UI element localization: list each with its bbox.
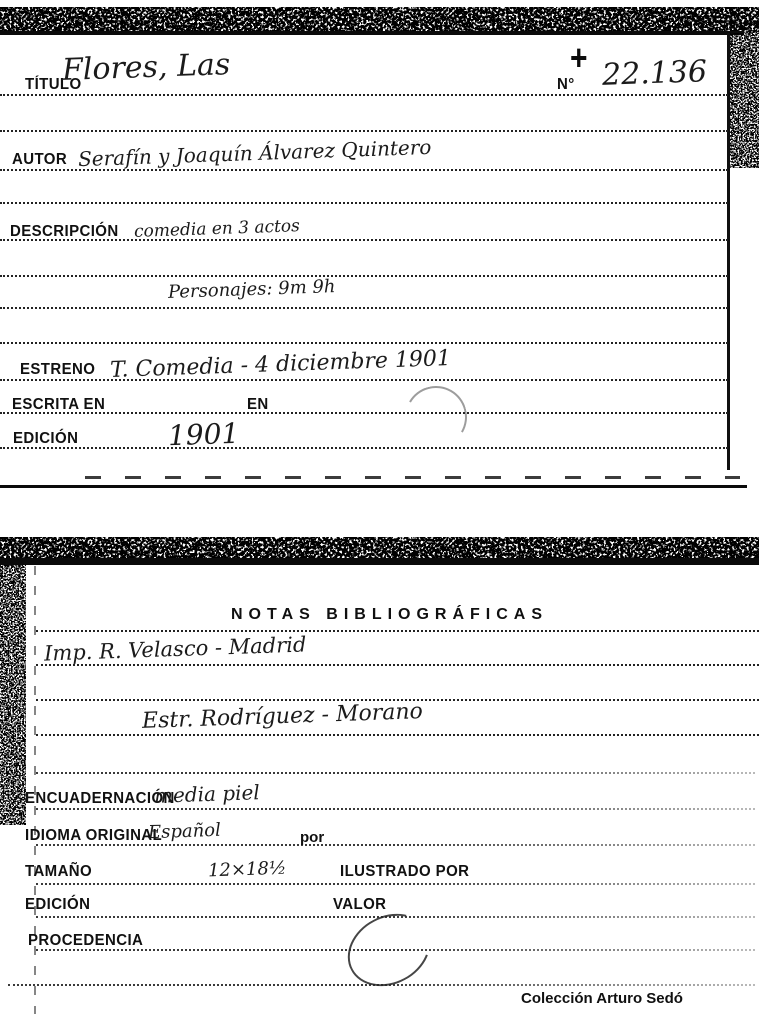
scan-noise-left-margin [0, 565, 26, 825]
procedencia-label: PROCEDENCIA [28, 932, 143, 950]
autor-value: Serafín y Joaquín Álvarez Quintero [78, 135, 432, 171]
por-label: por [300, 829, 324, 846]
encuadernacion-value: media piel [154, 780, 260, 808]
estreno-value: T. Comedia - 4 diciembre 1901 [110, 346, 452, 383]
ruled-line [36, 883, 755, 885]
card-front-top-edge [0, 31, 744, 35]
personajes-note: Personajes: 9m 9h [168, 276, 336, 303]
idioma-original-value: Español [148, 820, 222, 844]
estreno-label: ESTRENO [20, 361, 95, 379]
ilustrado-por-label: ILUSTRADO POR [340, 863, 469, 881]
encuadernacion-label: ENCUADERNACIÓN [25, 790, 175, 808]
titulo-value: Flores, Las [61, 47, 230, 88]
ruled-line [36, 808, 755, 810]
estreno-note: Estr. Rodríguez - Morano [142, 699, 424, 734]
tamano-value: 12×18½ [208, 858, 287, 882]
scan-noise-right-margin [730, 33, 759, 168]
imprenta-note: Imp. R. Velasco - Madrid [44, 632, 307, 665]
ruled-line [36, 734, 759, 736]
ruled-line [36, 664, 759, 666]
card-front-bottom-edge [0, 485, 747, 488]
scan-noise-band-top [0, 7, 759, 33]
edicion-value: 1901 [167, 417, 239, 452]
edicion-back-label: EDICIÓN [25, 896, 90, 914]
ruled-line [36, 772, 755, 774]
ruled-line [0, 94, 728, 96]
collection-credit: Colección Arturo Sedó [521, 990, 683, 1007]
stamp-circle-faint [398, 379, 474, 455]
descripcion-label: DESCRIPCIÓN [10, 223, 119, 241]
ruled-line [0, 307, 728, 309]
cross-mark: + [570, 39, 588, 80]
ruled-line [0, 412, 728, 414]
ruled-line [0, 447, 728, 449]
edicion-label: EDICIÓN [13, 430, 78, 448]
card-number-label: N° [557, 76, 575, 94]
card-front-bottom-dashes [85, 476, 740, 479]
tamano-label: TAMAÑO [25, 863, 92, 881]
autor-label: AUTOR [12, 151, 67, 169]
en-label: EN [247, 396, 269, 414]
ruled-line [0, 379, 728, 381]
card-number-value: 22.136 [601, 54, 707, 93]
valor-label: VALOR [333, 896, 386, 914]
ruled-line [0, 342, 728, 344]
ruled-line [0, 202, 728, 204]
ruled-line [0, 275, 728, 277]
ruled-line [0, 130, 728, 132]
idioma-original-label: IDIOMA ORIGINAL [25, 827, 162, 845]
ruled-line [36, 630, 759, 632]
card-back-top-edge [0, 558, 759, 565]
notas-bibliograficas-header: NOTAS BIBLIOGRÁFICAS [231, 606, 548, 624]
escrita-en-label: ESCRITA EN [12, 396, 105, 414]
